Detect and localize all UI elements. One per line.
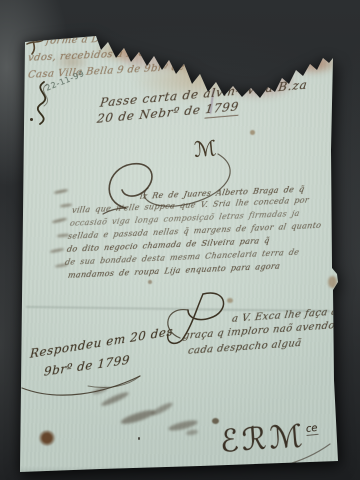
margin-mark	[54, 189, 68, 195]
paraph-flourish	[28, 80, 56, 125]
ink-stain-spot	[38, 430, 56, 446]
manuscript-paper: forme a D… vdos, recebidos a Procuradore…	[0, 0, 360, 480]
rubric-flourish	[215, 432, 335, 472]
paper-shadow: forme a D… vdos, recebidos a Procuradore…	[0, 0, 360, 480]
ink-transfer-smudge	[120, 408, 157, 427]
margin-mark	[52, 217, 67, 224]
margin-mark	[60, 203, 72, 208]
header-line-1: forme a D…	[45, 34, 111, 47]
faded-red-blotch	[286, 50, 330, 72]
ink-transfer-smudge	[186, 429, 199, 436]
registry-year-underlined: 1799	[204, 99, 240, 118]
manuscript-photo: forme a D… vdos, recebidos a Procuradore…	[0, 0, 360, 480]
margin-mark	[55, 263, 68, 268]
small-stain	[148, 280, 152, 284]
header-date-fragment: de 1799	[239, 55, 284, 71]
small-stain	[328, 276, 337, 288]
ink-dot	[138, 437, 140, 440]
ink-transfer-smudge	[150, 401, 174, 418]
margin-mark	[50, 248, 64, 254]
response-note-line-1: Respondeu em 20 des	[30, 324, 174, 361]
small-stain	[250, 130, 255, 135]
